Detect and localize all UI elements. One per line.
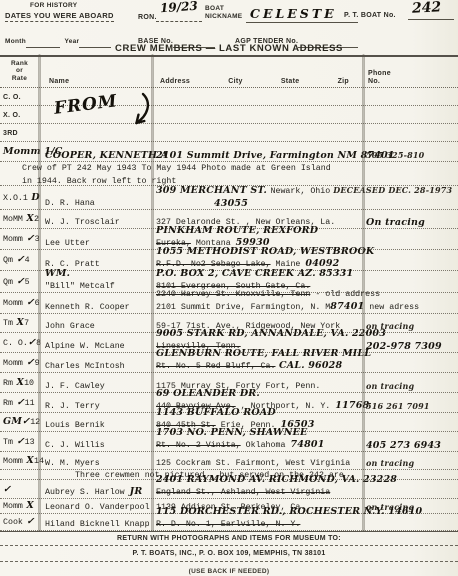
name-cell: Lee Utter [39,229,152,249]
typed-text: 10 [24,379,34,388]
typed-text: Kenneth R. Cooper [45,303,130,312]
text-line: Charles McIntosh [45,359,150,371]
name-cell: John Grace [39,314,152,332]
typed-text: Momm [3,359,23,368]
typed-text: Tm [3,438,13,447]
typed-text: C. O. [3,339,28,348]
text-line: 1703 NO. PENN, SHAWNEE [156,426,361,437]
crew-table-body: C. O.X. O.3RDMomm 1/CCOOPER, KENNETH A21… [0,88,458,531]
name-cell: Alpine W. McLane [39,333,152,352]
text-line: X.O.1 D [3,191,37,203]
typed-text: Louis Bernik [45,421,105,430]
phone-cell [363,106,458,123]
typed-text: 13 [25,438,35,447]
typed-text: Momm [3,235,23,244]
address-cell: 1703 NO. PENN, SHAWNEERt. No. 2 Vinita, … [152,432,363,451]
address-column-header: Address City State Zip [152,57,363,87]
name-cell: W. M. Myers [39,452,152,469]
text-line: Louis Bernik [45,418,150,430]
text-line: 1143 BUFFALO ROAD [156,406,361,417]
rank-cell: GM✓12 [0,413,39,431]
phone-cell [363,124,458,141]
text-line: Qm ✓5 [3,275,37,287]
typed-text: 7 [24,319,29,328]
rank-divider-line [39,55,40,531]
phone-column-header: Phone No. [363,57,458,87]
typed-text: Momm [3,299,23,308]
name-cell: W. J. Trosclair [39,210,152,228]
phone-label-2: No. [368,78,458,86]
text-line: John Grace [45,319,150,331]
text-line: PINKHAM ROUTE, REXFORD [156,224,361,235]
rank-cell: Momm ✓9 [0,353,39,372]
rank-label-2: or [16,67,23,75]
handwritten-text: X [23,213,34,224]
typed-text: 4 [25,256,30,265]
text-line: Hiland Bicknell Knapp [45,517,150,529]
text-line: 69 OLEANDER DR. [156,387,361,398]
typed-text: X.O.1 [3,194,28,203]
text-line: R. J. Terry [45,399,150,411]
text-line: Momm 1/C [3,145,37,156]
typed-text: Leonard O. Vanderpool [45,503,150,512]
text-line: W. J. Trosclair [45,215,150,227]
text-line: Lee Utter [45,236,150,248]
typed-text: Newark, Ohio [270,187,330,196]
text-line: C. O. [3,90,37,102]
crew-row: Momm X14W. M. Myers125 Cockram St. Fairm… [0,452,458,470]
text-line: On tracing [366,216,456,227]
typed-text: Aubrey S. Harlow [45,488,130,497]
struck-text: Rt. No. 5 Red Bluff, Ca. [156,362,276,371]
rank-cell: Momm 1/C [0,142,39,161]
name-label: Name [49,78,152,85]
text-line: Rt. No. 5 Red Bluff, Ca. CAL. 96028 [156,359,361,371]
rank-cell: Tm X7 [0,314,39,332]
zip-label: Zip [338,78,349,85]
text-line: D. R. Hana [45,196,150,208]
text-line: 2101 Summit Drive, Farmington, N. M87401… [156,300,361,312]
text-line: MoMM X2 [3,212,37,224]
text-line: Leonard O. Vanderpool [45,500,150,512]
handwritten-text: ✓ [23,357,35,368]
handwritten-text: COOPER, KENNETH A [45,150,168,161]
text-line: C. O.✓8 [3,336,37,348]
text-line: Tm X7 [3,316,37,328]
address-cell: GLENBURN ROUTE, FALL RIVER MILLRt. No. 5… [152,353,363,372]
handwritten-text: 43055 [214,198,248,209]
printed-label: C. O. [3,94,21,101]
handwritten-text: ✓ [13,397,25,408]
rank-cell: Rm ✓11 [0,393,39,412]
boat-label: BOAT [205,5,224,12]
rank-cell: Rm X10 [0,373,39,392]
typed-text: Tm [3,319,13,328]
handwritten-text: GM [3,416,22,427]
handwritten-text: On tracing [366,217,425,228]
table-header: Rank or Rate Name Address City State Zip… [0,55,458,88]
rank-column-header: Rank or Rate [0,57,39,87]
address-cell: 2401 RAYMOND AV. RICHMOND, VA. 23228Engl… [152,480,363,498]
name-cell: Charles McIntosh [39,353,152,372]
for-history-label: FOR HISTORY [30,2,77,9]
rank-cell: Qm ✓5 [0,271,39,292]
struck-text: Rt. No. 2 Vinita, [156,441,241,450]
handwritten-text: ✓ [3,484,11,495]
handwritten-text: ✓ [23,297,35,308]
address-cell: 2101 Summit Drive, Farmington NM 87401 [152,142,363,161]
text-line: GM✓12 [3,415,37,427]
text-line: 2401 RAYMOND AV. RICHMOND, VA. 23228 [156,473,361,484]
crew-row: Momm 1/CCOOPER, KENNETH A2101 Summit Dri… [0,142,458,162]
name-cell: Hiland Bicknell Knapp [39,514,152,530]
pt-boat-label: P. T. BOAT No. [344,12,396,19]
text-line: Momm ✓9 [3,356,37,368]
typed-text: 5 [25,278,30,287]
handwritten-text: X [13,377,24,388]
rank-cell: Momm ✓3 [0,229,39,249]
handwritten-text: 2101 Summit Drive, Farmington NM 87401 [156,150,395,161]
name-cell: Kenneth R. Cooper [39,293,152,313]
form-footer: RETURN WITH PHOTOGRAPHS AND ITEMS FOR MU… [0,531,458,575]
address-cell: 2240 Harvey St. Knoxville, Tenn - old ad… [152,293,363,313]
text-line: P.O. BOX 2, CAVE CREEK AZ. 85331 [156,267,361,278]
text-line: 516 261 7091 [366,400,456,411]
text-line: Tm ✓13 [3,435,37,447]
text-line: 9005 STARK RD, ANNANDALE, VA. 22003 [156,327,361,338]
from-arrow-icon [119,91,153,130]
return-instruction: RETURN WITH PHOTOGRAPHS AND ITEMS FOR MU… [0,532,458,546]
text-line: Rm ✓11 [3,396,37,408]
phone-cell: 505 325-810 [363,142,458,161]
form-title: CREW MEMBERS — LAST KNOWN ADDRESS [0,43,458,54]
crew-form-scan: FOR HISTORY DATES YOU WERE ABOARD Month … [0,0,458,576]
rank-cell: Tm ✓13 [0,432,39,451]
rank-cell: Momm X [0,499,39,513]
struck-text: R. D. No. 1, Earlville, N. Y. [156,520,300,529]
address-cell [152,88,363,105]
typed-text: W. M. Myers [45,459,100,468]
phone-cell [363,480,458,498]
handwritten-text: 309 MERCHANT ST. [156,185,270,196]
name-cell: Louis Bernik [39,413,152,431]
typed-text: 125 Cockram St. Fairmont, West Virginia [156,459,350,468]
text-line: Momm X14 [3,454,37,466]
handwritten-text: ✓ [22,416,30,427]
phone-cell [363,293,458,313]
handwritten-text: JR [130,486,143,497]
typed-text: Oklahoma [241,441,291,450]
name-cell: Leonard O. Vanderpool [39,499,152,513]
struck-text: England St., Ashland, West Virginia [156,488,330,497]
text-line: Rm X10 [3,376,37,388]
handwritten-note: 516 261 7091 [366,401,430,411]
ron-blank [156,15,202,22]
phone-divider-line [363,55,364,531]
typed-text: "Bill" Metcalf [45,282,115,291]
handwritten-text: ✓ [23,516,35,527]
phone-cell [363,514,458,530]
text-line: England St., Ashland, West Virginia [156,485,361,497]
rank-label-3: Rate [12,75,27,83]
text-line: Aubrey S. Harlow JR [45,485,150,497]
typed-text: Rm [3,399,13,408]
nickname-blank [246,21,358,23]
text-line: C. J. Willis [45,438,150,450]
typed-text: MoMM [3,215,23,224]
rank-cell: Qm ✓4 [0,250,39,270]
museum-address: P. T. BOATS, INC., P. O. BOX 109, MEMPHI… [0,546,458,562]
handwritten-text: ✓ [23,233,35,244]
typed-text: Qm [3,256,13,265]
typed-text: Alpine W. McLane [45,342,125,351]
text-line: 505 325-810 [366,149,456,160]
note-cell: Crew of PT 242 May 1943 To May 1944 Phot… [0,162,458,185]
typed-text: Hiland Bicknell Knapp [45,520,150,529]
text-line: 2240 Harvey St. Knoxville, Tenn - old ad… [156,287,361,299]
crew-row: Momm ✓6Kenneth R. Cooper2240 Harvey St. … [0,293,458,314]
phone-label-1: Phone [368,70,458,78]
phone-cell [363,229,458,249]
handwritten-note: 505 325-810 [366,150,424,160]
text-line: Momm X [3,499,37,511]
name-cell: J. F. Cawley [39,373,152,392]
struck-text: 2240 Harvey St. Knoxville, Tenn [156,290,310,299]
text-line: on tracing [366,380,456,391]
text-line: 115 DORCHESTER RD., ROCHESTER N.Y. 14610 [156,505,361,516]
phone-cell [363,186,458,209]
text-line: Qm ✓4 [3,253,37,265]
handwritten-text: CAL. 96028 [276,360,343,371]
handwritten-text: ✓ [28,337,36,348]
crew-row: Momm ✓9Charles McIntoshGLENBURN ROUTE, F… [0,353,458,373]
typed-text: 2101 Summit Drive, Farmington, N. M [156,303,330,312]
name-column-header: Name [39,57,152,87]
name-cell: Aubrey S. Harlow JR [39,480,152,498]
ron-value: 19/23 [160,0,199,15]
handwritten-note: on tracing [366,458,414,468]
name-cell: WM."Bill" Metcalf [39,271,152,292]
name-cell: C. J. Willis [39,432,152,451]
text-line: ✓ [3,483,37,494]
crew-row: Cook ✓Hiland Bicknell Knapp115 DORCHESTE… [0,514,458,531]
address-cell: 309 MERCHANT ST. Newark, Ohio DECEASED D… [152,186,363,209]
handwritten-note: on tracing [366,381,414,391]
phone-cell: 202-978 7309 [363,333,458,352]
typed-text: R. J. Terry [45,402,100,411]
phone-cell [363,271,458,292]
text-line: 1055 METHODIST ROAD, WESTBROOK [156,245,361,256]
handwritten-text: 74801 [290,439,324,450]
typed-text: 11 [25,399,35,408]
text-line: 43055 [156,197,361,208]
text-line: 202-978 7309 [366,340,456,351]
rank-cell: 3RD [0,124,39,141]
crew-row: Tm ✓13C. J. Willis1703 NO. PENN, SHAWNEE… [0,432,458,452]
text-line: Momm ✓3 [3,232,37,244]
handwritten-text: 405 273 6943 [366,440,441,451]
text-line: Kenneth R. Cooper [45,300,150,312]
text-line: "Bill" Metcalf [45,279,150,291]
typed-text: in 1944. Back row left to right [22,177,176,186]
phone-cell: 405 273 6943 [363,432,458,451]
text-line: COOPER, KENNETH A [45,149,150,160]
typed-text: Crew of PT 242 May 1943 To May 1944 Phot… [22,164,331,173]
use-back-note: (USE BACK IF NEEDED) [0,562,458,575]
crew-row: ✓Aubrey S. Harlow JR2401 RAYMOND AV. RIC… [0,480,458,499]
phone-cell [363,88,458,105]
typed-text: Momm [3,457,23,466]
phone-cell: 516 261 7091 [363,393,458,412]
text-line: Alpine W. McLane [45,339,150,351]
rank-cell: Momm X14 [0,452,39,469]
text-line: Momm ✓6 [3,296,37,308]
text-line: 3RD [3,126,37,138]
address-cell: 115 DORCHESTER RD., ROCHESTER N.Y. 14610… [152,514,363,530]
handwritten-text: X [23,455,34,466]
text-line: WM. [45,267,150,278]
text-line: X. O. [3,108,37,120]
typed-text: Cook [3,518,23,527]
text-line: 125 Cockram St. Fairmont, West Virginia [156,456,361,468]
state-label: State [281,78,300,85]
handwritten-text: ✓ [13,436,25,447]
text-line: on tracing [366,457,456,468]
phone-cell [363,353,458,372]
phone-cell [363,413,458,431]
typed-text: Charles McIntosh [45,362,125,371]
typed-text: Rm [3,379,13,388]
address-cell [152,106,363,123]
typed-text: D. R. Hana [45,199,95,208]
name-cell: D. R. Hana [39,186,152,209]
handwritten-text: 87401 [330,301,364,312]
phone-cell: On tracing [363,210,458,228]
address-label: Address [160,78,190,85]
handwritten-text: X [13,317,24,328]
address-cell [152,124,363,141]
text-line: 309 MERCHANT ST. Newark, Ohio DECEASED D… [156,184,361,196]
typed-text: Lee Utter [45,239,90,248]
ron-label: RON. [138,14,157,21]
phone-cell [363,250,458,270]
phone-cell: on tracing [363,373,458,392]
pt-boat-value: 242 [412,0,442,17]
typed-text: J. F. Cawley [45,382,105,391]
text-line: R. D. No. 1, Earlville, N. Y. [156,517,361,529]
text-line: Rt. No. 2 Vinita, Oklahoma 74801 [156,438,361,450]
printed-label: 3RD [3,130,18,137]
rank-cell: MoMM X2 [0,210,39,228]
typed-text: Qm [3,278,13,287]
rank-cell: X.O.1 D [0,186,39,209]
text-line: Cook ✓ [3,515,37,527]
address-cell: 125 Cockram St. Fairmont, West Virginia [152,452,363,469]
handwritten-text: ✓ [13,276,25,287]
text-line: 405 273 6943 [366,439,456,450]
typed-text: John Grace [45,322,95,331]
pt-boat-blank [408,18,454,20]
name-cell: COOPER, KENNETH A [39,142,152,161]
handwritten-text: 202-978 7309 [366,341,442,352]
printed-label: X. O. [3,112,20,119]
text-line: J. F. Cawley [45,379,150,391]
text-line: 2101 Summit Drive, Farmington NM 87401 [156,149,361,160]
crew-row: X.O.1 DD. R. Hana309 MERCHANT ST. Newark… [0,186,458,210]
phone-cell: on tracing [363,452,458,469]
handwritten-text: ✓ [13,254,25,265]
note-row: Crew of PT 242 May 1943 To May 1944 Phot… [0,162,458,186]
rank-label-1: Rank [11,60,28,68]
rank-cell: X. O. [0,106,39,123]
typed-text: C. J. Willis [45,441,105,450]
dates-aboard-label: DATES YOU WERE ABOARD [5,11,114,22]
text-line: GLENBURN ROUTE, FALL RIVER MILL [156,347,361,358]
nickname-value: CELESTE [250,6,337,21]
rank-cell: C. O.✓8 [0,333,39,352]
handwritten-text: X [23,500,34,511]
typed-text: W. J. Trosclair [45,218,120,227]
rank-cell: C. O. [0,88,39,105]
rank-cell: ✓ [0,480,39,498]
nickname-label: NICKNAME [205,13,242,20]
text-line: Crew of PT 242 May 1943 To May 1944 Phot… [0,161,458,173]
form-header: FOR HISTORY DATES YOU WERE ABOARD Month … [0,0,458,55]
city-label: City [228,78,242,85]
rank-cell: Cook ✓ [0,514,39,530]
typed-text: Momm [3,502,23,511]
rank-cell: Momm ✓6 [0,293,39,313]
text-line: W. M. Myers [45,456,150,468]
name-cell: R. J. Terry [39,393,152,412]
